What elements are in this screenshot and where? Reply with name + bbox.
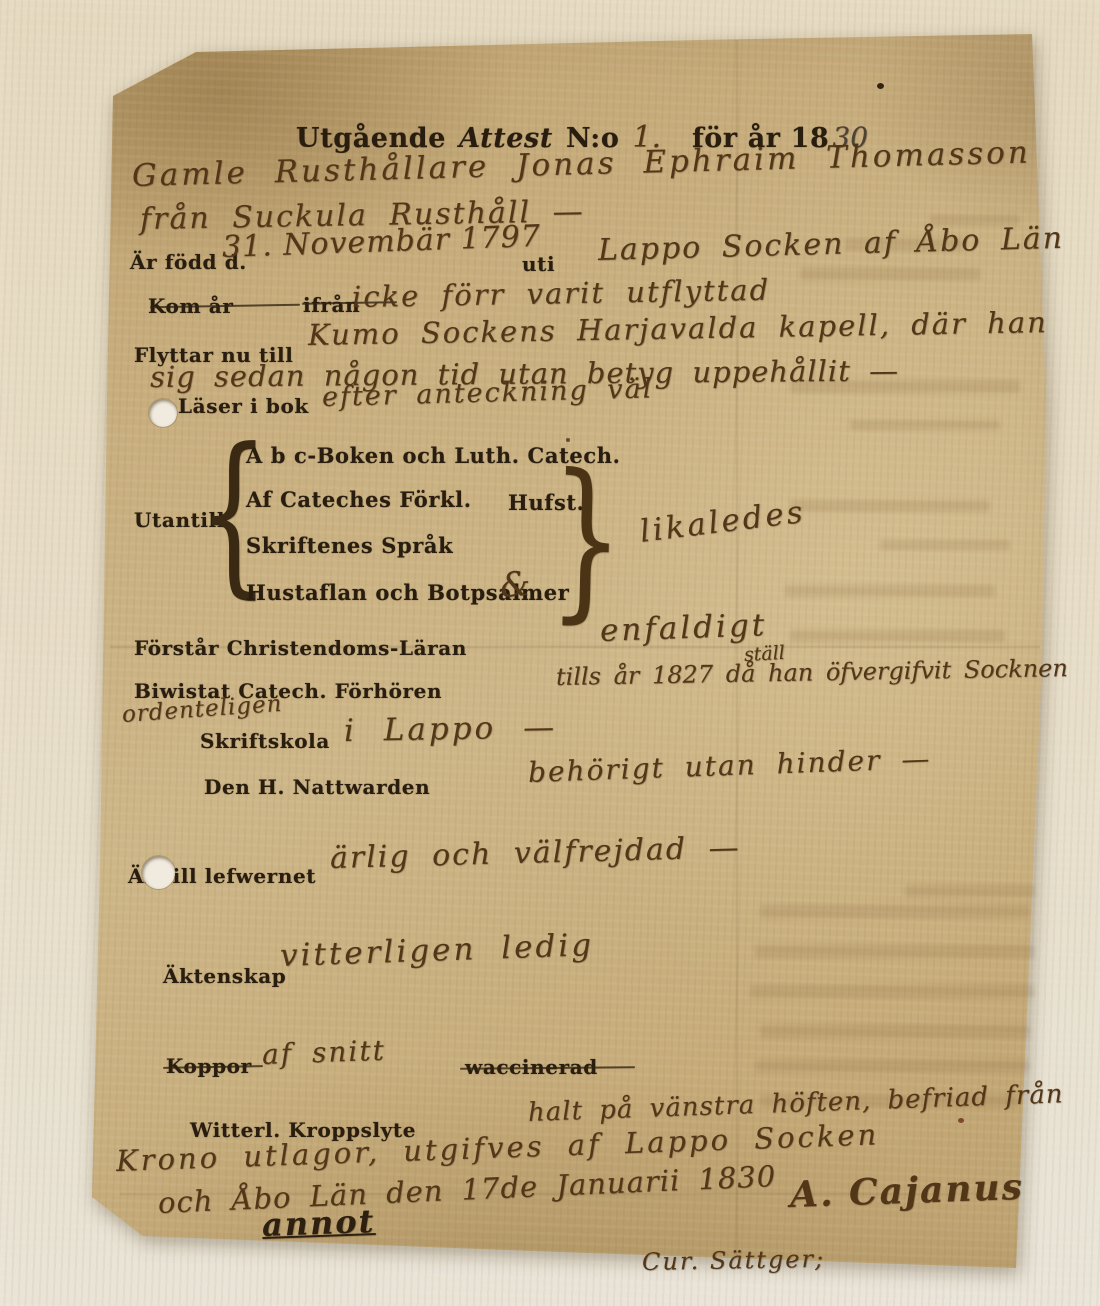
signature: A. Cajanus bbox=[789, 1166, 1024, 1216]
punch-hole-top bbox=[149, 399, 177, 427]
aktenskap-label: Äktenskap bbox=[163, 964, 286, 988]
bleed-through-mark bbox=[800, 268, 980, 280]
bleed-through-mark bbox=[850, 420, 1000, 430]
bleed-through-mark bbox=[880, 540, 1010, 550]
understands-label: Förstår Christendoms-Läran bbox=[134, 636, 467, 660]
bleed-through-mark bbox=[750, 985, 1035, 998]
ink-fleck bbox=[958, 1118, 964, 1123]
right-brace: } bbox=[548, 452, 625, 629]
bleed-through-mark bbox=[790, 500, 990, 512]
bleed-through-mark bbox=[760, 1025, 1030, 1038]
signature-title: Cur. Sättger; bbox=[642, 1245, 826, 1276]
utantill-item-3: Skriftenes Språk bbox=[246, 533, 453, 558]
bleed-through-mark bbox=[755, 945, 1035, 958]
utantill-item-4-mark: & bbox=[499, 564, 532, 606]
bleed-through-mark bbox=[905, 885, 1035, 897]
understands-value-handwritten: enfaldigt bbox=[599, 607, 767, 649]
catechism-insert-above: ställ bbox=[743, 642, 785, 666]
koppor-value-handwritten: af snitt bbox=[261, 1034, 386, 1071]
bleed-through-mark bbox=[755, 1060, 1030, 1072]
bleed-through-mark bbox=[790, 630, 1005, 642]
annotation: annot bbox=[261, 1202, 376, 1244]
skriftskola-label: Skriftskola bbox=[200, 729, 330, 753]
skriftskola-value-handwritten: i Lappo — bbox=[344, 709, 558, 749]
punch-hole-bottom bbox=[142, 856, 175, 889]
utantill-item-2: Af Cateches Förkl. bbox=[246, 487, 472, 512]
nattvard-label: Den H. Nattwarden bbox=[204, 775, 430, 799]
bleed-through-mark bbox=[760, 905, 1030, 918]
born-uti-label: uti bbox=[522, 252, 555, 276]
bleed-through-mark bbox=[785, 585, 995, 597]
fold-crease-vertical bbox=[735, 40, 739, 1260]
ink-fleck bbox=[877, 83, 884, 89]
